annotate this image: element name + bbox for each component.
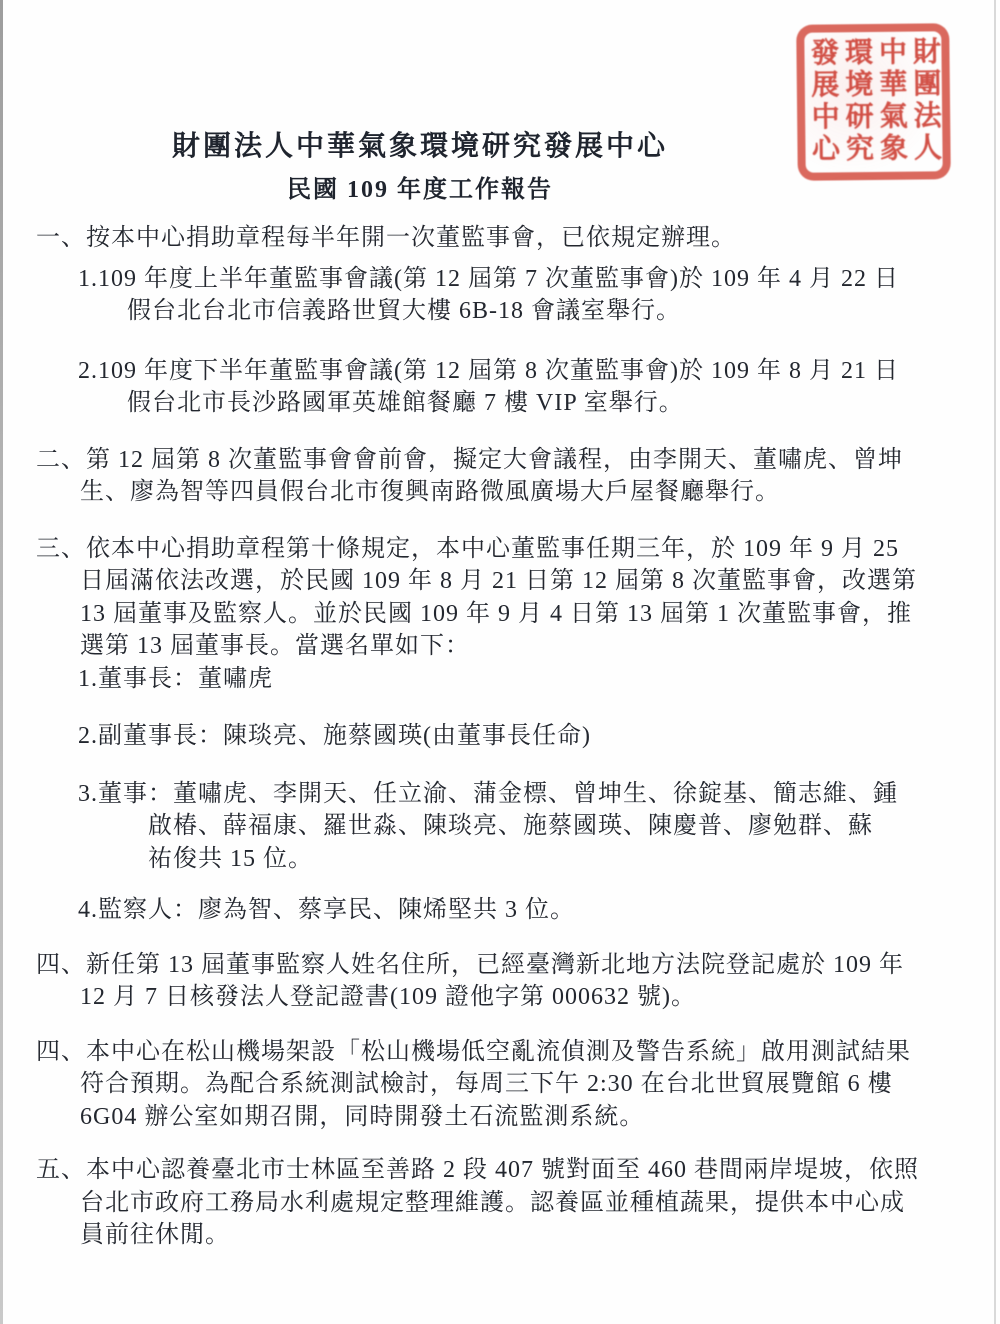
report-line: 員前往休閒。 <box>0 1219 1000 1252</box>
scan-edge-left <box>0 0 3 1324</box>
report-line: 1.董事長：董嘯虎 <box>0 663 1000 696</box>
section-4a: 四、新任第 13 屆董事監察人姓名住所，已經臺灣新北地方法院登記處於 109 年… <box>0 949 1000 1014</box>
report-line: 2.109 年度下半年董監事會議(第 12 屆第 8 次董監事會)於 109 年… <box>0 355 1000 388</box>
section-4b: 四、本中心在松山機場架設「松山機場低空亂流偵測及警告系統」啟用測試結果 符合預期… <box>0 1036 1000 1134</box>
report-line: 1.109 年度上半年董監事會議(第 12 屆第 7 次董監事會)於 109 年… <box>0 263 1000 296</box>
scan-edge-right <box>994 0 996 1324</box>
report-line: 6G04 辦公室如期召開，同時開發土石流監測系統。 <box>0 1101 1000 1134</box>
organization-seal: 財團法人中華氣象環境研究發展中心 <box>796 23 951 181</box>
report-line: 五、本中心認養臺北市士林區至善路 2 段 407 號對面至 460 巷間兩岸堤坡… <box>0 1154 1000 1187</box>
report-line: 四、新任第 13 屆董事監察人姓名住所，已經臺灣新北地方法院登記處於 109 年 <box>0 949 1000 982</box>
report-line: 13 屆董事及監察人。並於民國 109 年 9 月 4 日第 13 屆第 1 次… <box>0 598 1000 631</box>
report-line: 二、第 12 屆第 8 次董監事會會前會，擬定大會議程，由李開天、董嘯虎、曾坤 <box>0 444 1000 477</box>
report-line: 假台北台北市信義路世貿大樓 6B-18 會議室舉行。 <box>0 295 1000 328</box>
organization-seal-text: 財團法人中華氣象環境研究發展中心 <box>805 36 942 167</box>
section-2: 二、第 12 屆第 8 次董監事會會前會，擬定大會議程，由李開天、董嘯虎、曾坤 … <box>0 444 1000 509</box>
report-line: 啟椿、薛福康、羅世淼、陳琰亮、施蔡國瑛、陳慶普、廖勉群、蘇 <box>0 810 1000 843</box>
section-3-sub-3: 3.董事：董嘯虎、李開天、任立渝、蒲金標、曾坤生、徐錠基、簡志維、鍾 啟椿、薛福… <box>0 778 1000 876</box>
report-line: 3.董事：董嘯虎、李開天、任立渝、蒲金標、曾坤生、徐錠基、簡志維、鍾 <box>0 778 1000 811</box>
report-line: 台北市政府工務局水利處規定整理維護。認養區並種植蔬果，提供本中心成 <box>0 1187 1000 1220</box>
report-line: 4.監察人：廖為智、蔡享民、陳烯堅共 3 位。 <box>0 894 1000 927</box>
section-1: 一、按本中心捐助章程每半年開一次董監事會，已依規定辦理。 <box>0 222 1000 255</box>
scanned-report-page: 財團法人中華氣象環境研究發展中心 財團法人中華氣象環境研究發展中心 民國 109… <box>0 0 1000 1324</box>
section-1-sub-1: 1.109 年度上半年董監事會議(第 12 屆第 7 次董監事會)於 109 年… <box>0 263 1000 328</box>
report-line: 一、按本中心捐助章程每半年開一次董監事會，已依規定辦理。 <box>0 222 1000 255</box>
report-line: 符合預期。為配合系統測試檢討，每周三下午 2:30 在台北世貿展覽館 6 樓 <box>0 1068 1000 1101</box>
report-line: 12 月 7 日核發法人登記證書(109 證他字第 000632 號)。 <box>0 981 1000 1014</box>
report-line: 2.副董事長：陳琰亮、施蔡國瑛(由董事長任命) <box>0 720 1000 753</box>
page-subtitle: 民國 109 年度工作報告 <box>0 174 840 206</box>
section-3-sub-4: 4.監察人：廖為智、蔡享民、陳烯堅共 3 位。 <box>0 894 1000 927</box>
section-3: 三、依本中心捐助章程第十條規定，本中心董監事任期三年，於 109 年 9 月 2… <box>0 533 1000 696</box>
section-1-sub-2: 2.109 年度下半年董監事會議(第 12 屆第 8 次董監事會)於 109 年… <box>0 355 1000 420</box>
page-title: 財團法人中華氣象環境研究發展中心 <box>0 128 840 166</box>
section-5: 五、本中心認養臺北市士林區至善路 2 段 407 號對面至 460 巷間兩岸堤坡… <box>0 1154 1000 1252</box>
report-line: 假台北市長沙路國軍英雄館餐廳 7 樓 VIP 室舉行。 <box>0 387 1000 420</box>
section-3-sub-2: 2.副董事長：陳琰亮、施蔡國瑛(由董事長任命) <box>0 720 1000 753</box>
report-line: 三、依本中心捐助章程第十條規定，本中心董監事任期三年，於 109 年 9 月 2… <box>0 533 1000 566</box>
report-line: 選第 13 屆董事長。當選名單如下： <box>0 630 1000 663</box>
report-line: 四、本中心在松山機場架設「松山機場低空亂流偵測及警告系統」啟用測試結果 <box>0 1036 1000 1069</box>
report-line: 生、廖為智等四員假台北市復興南路微風廣場大戶屋餐廳舉行。 <box>0 476 1000 509</box>
report-body: 一、按本中心捐助章程每半年開一次董監事會，已依規定辦理。 1.109 年度上半年… <box>0 222 1000 1252</box>
report-line: 日屆滿依法改選，於民國 109 年 8 月 21 日第 12 屆第 8 次董監事… <box>0 565 1000 598</box>
report-line: 祐俊共 15 位。 <box>0 843 1000 876</box>
